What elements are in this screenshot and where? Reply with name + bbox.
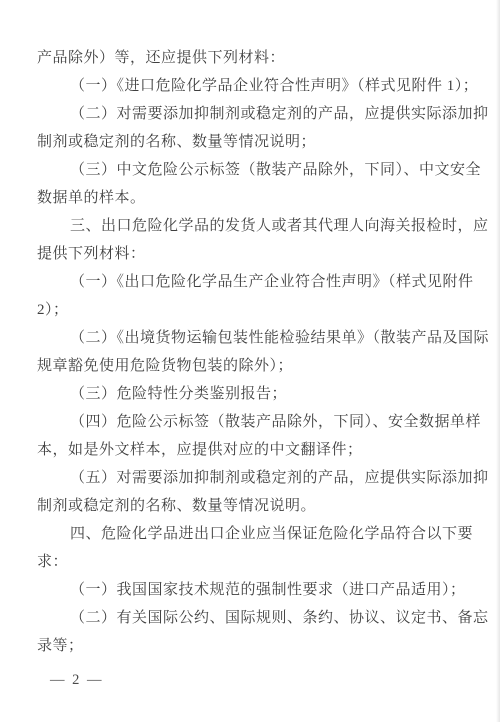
text-line: （二）有关国际公约、国际规则、条约、协议、议定书、备忘: [37, 604, 467, 632]
text-line: （五）对需要添加抑制剂或稳定剂的产品，应提供实际添加抑: [37, 464, 467, 492]
text-line: （一）《出口危险化学品生产企业符合性声明》（样式见附件: [37, 268, 467, 296]
text-line: 制剂或稳定剂的名称、数量等情况说明。: [37, 492, 467, 520]
text-line: 三、出口危险化学品的发货人或者其代理人向海关报检时，应: [37, 212, 467, 240]
text-line: 四、危险化学品进出口企业应当保证危险化学品符合以下要: [37, 520, 467, 548]
page-number: — 2 —: [50, 672, 104, 689]
page-edge-shadow: [496, 0, 500, 722]
document-page: 产品除外）等，还应提供下列材料：（一）《进口危险化学品企业符合性声明》（样式见附…: [0, 0, 500, 722]
text-line: 求：: [37, 548, 467, 576]
text-line: 规章豁免使用危险货物包装的除外）；: [37, 352, 467, 380]
document-body: 产品除外）等，还应提供下列材料：（一）《进口危险化学品企业符合性声明》（样式见附…: [37, 44, 467, 660]
text-line: （二）对需要添加抑制剂或稳定剂的产品，应提供实际添加抑: [37, 100, 467, 128]
text-line: （二）《出境货物运输包装性能检验结果单》（散装产品及国际: [37, 324, 467, 352]
text-line: 产品除外）等，还应提供下列材料：: [37, 44, 467, 72]
text-line: （三）危险特性分类鉴别报告；: [37, 380, 467, 408]
text-line: （三）中文危险公示标签（散装产品除外，下同）、中文安全: [37, 156, 467, 184]
text-line: 数据单的样本。: [37, 184, 467, 212]
text-line: 制剂或稳定剂的名称、数量等情况说明；: [37, 128, 467, 156]
text-line: 2）；: [37, 296, 467, 324]
text-line: 本，如是外文样本，应提供对应的中文翻译件；: [37, 436, 467, 464]
text-line: （一）我国国家技术规范的强制性要求（进口产品适用）；: [37, 576, 467, 604]
text-line: 录等；: [37, 632, 467, 660]
text-line: （四）危险公示标签（散装产品除外，下同）、安全数据单样: [37, 408, 467, 436]
text-line: （一）《进口危险化学品企业符合性声明》（样式见附件 1）；: [37, 72, 467, 100]
text-line: 提供下列材料：: [37, 240, 467, 268]
